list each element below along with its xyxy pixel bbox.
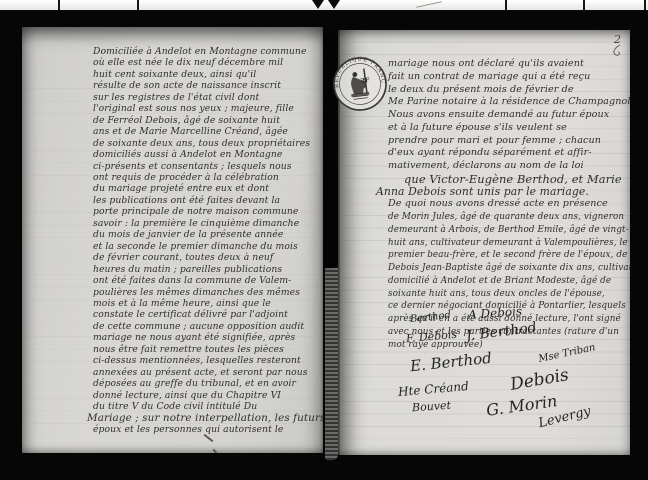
film-tick bbox=[505, 0, 507, 10]
manuscript-line: porte principale de notre maison commune bbox=[93, 206, 323, 217]
manuscript-line: ci-présents et consentants ; lesquels no… bbox=[93, 161, 323, 172]
frame-marker-arrows-icon bbox=[312, 0, 340, 9]
manuscript-line: prendre pour mari et pour femme ; chacun bbox=[388, 135, 630, 148]
left-page-text: Domiciliée à Andelot en Montagne commune… bbox=[93, 46, 323, 435]
manuscript-line: fait un contrat de mariage qui a été reç… bbox=[388, 71, 630, 84]
manuscript-line: de Ferréol Debois, âgé de soixante huit bbox=[93, 115, 323, 126]
manuscript-line: résulte de son acte de naissance inscrit bbox=[93, 80, 323, 91]
manuscript-line: mariage nous ont déclaré qu'ils avaient bbox=[388, 58, 630, 71]
microfilm-frame: Domiciliée à Andelot en Montagne commune… bbox=[0, 0, 648, 480]
film-tick bbox=[583, 0, 585, 10]
manuscript-line: domicilié à Andelot et de Briant Modeste… bbox=[388, 275, 630, 288]
manuscript-line: ans et de Marie Marcelline Créand, âgée bbox=[93, 126, 323, 137]
signature: Bouvet bbox=[412, 399, 452, 415]
manuscript-line: du mois de janvier de la présente année bbox=[93, 229, 323, 240]
manuscript-line: et la seconde le premier dimanche du moi… bbox=[93, 241, 323, 252]
manuscript-line: du mariage projeté entre eux et dont bbox=[93, 183, 323, 194]
manuscript-line: que Victor-Eugène Berthod, et Marie bbox=[404, 173, 630, 186]
manuscript-line: ci-dessus mentionnées, lesquelles rester… bbox=[93, 355, 323, 366]
manuscript-line: demeurant à Arbois, de Berthod Emile, âg… bbox=[388, 224, 630, 237]
manuscript-line: De quoi nous avons dressé acte en présen… bbox=[388, 198, 630, 211]
manuscript-line: huit cent soixante deux, ainsi qu'il bbox=[93, 69, 323, 80]
manuscript-line: et à la future épouse s'ils veulent se bbox=[388, 122, 630, 135]
manuscript-line: de cette commune ; aucune opposition aud… bbox=[93, 321, 323, 332]
manuscript-line: Mariage ; sur notre interpellation, les … bbox=[87, 413, 323, 424]
manuscript-line: mativement, déclarons au nom de la loi bbox=[388, 160, 630, 173]
manuscript-line: poulières les mêmes dimanches des mêmes bbox=[93, 287, 323, 298]
film-tick bbox=[137, 0, 139, 10]
manuscript-line: ont été faites dans la commune de Valem- bbox=[93, 275, 323, 286]
manuscript-line: heures du matin ; pareilles publications bbox=[93, 264, 323, 275]
down-arrow-icon bbox=[312, 0, 324, 9]
film-tick bbox=[58, 0, 60, 10]
manuscript-line: d'eux ayant répondu séparément et affir- bbox=[388, 147, 630, 160]
manuscript-line: constate le certificat délivré par l'adj… bbox=[93, 309, 323, 320]
manuscript-line: donné lecture, ainsi que du Chapitre VI bbox=[93, 390, 323, 401]
stamp-denomination: 2F bbox=[360, 77, 370, 85]
manuscript-line: de Morin Jules, âgé de quarante deux ans… bbox=[388, 211, 630, 224]
manuscript-line: déposées au greffe du tribunal, et en av… bbox=[93, 378, 323, 389]
manuscript-line: Anna Debois sont unis par le mariage. bbox=[376, 186, 630, 199]
manuscript-line: ont requis de procéder à la célébration bbox=[93, 172, 323, 183]
film-scratch bbox=[416, 1, 442, 7]
film-strip bbox=[0, 0, 648, 11]
manuscript-line: l'original est sous nos yeux ; majeure, … bbox=[93, 103, 323, 114]
manuscript-line: domiciliés aussi à Andelot en Montagne bbox=[93, 149, 323, 160]
manuscript-line: Nous avons ensuite demandé au futur épou… bbox=[388, 109, 630, 122]
register-left-page: Domiciliée à Andelot en Montagne commune… bbox=[22, 27, 323, 453]
manuscript-line: huit ans, cultivateur demeurant à Valemp… bbox=[388, 237, 630, 250]
down-arrow-icon bbox=[328, 0, 340, 9]
manuscript-line: du titre V du Code civil intitulé Du bbox=[93, 401, 323, 412]
manuscript-line: mois et à la même heure, ainsi que le bbox=[93, 298, 323, 309]
manuscript-line: premier beau-frère, et le second frère d… bbox=[388, 249, 630, 262]
manuscript-line: sur les registres de l'état civil dont bbox=[93, 92, 323, 103]
manuscript-line: savoir : la première le cinquième dimanc… bbox=[93, 218, 323, 229]
manuscript-line: le deux du présent mois de février de bbox=[388, 84, 630, 97]
manuscript-line: Me Parine notaire à la résidence de Cham… bbox=[388, 96, 630, 109]
manuscript-line: Debois Jean-Baptiste âgé de soixante dix… bbox=[388, 262, 630, 275]
republique-francaise-stamp: RÉPUBLIQUE FRANÇAISE 2F bbox=[328, 52, 393, 117]
manuscript-line: annexées au présent acte, et seront par … bbox=[93, 367, 323, 378]
manuscript-line: les publications ont été faites devant l… bbox=[93, 195, 323, 206]
stacked-page-edges bbox=[325, 268, 338, 460]
manuscript-line: de février courant, toutes deux à neuf bbox=[93, 252, 323, 263]
film-tick bbox=[644, 0, 646, 10]
manuscript-line: mariage ne nous ayant été signifiée, apr… bbox=[93, 332, 323, 343]
manuscript-line: soixante huit ans, tous deux oncles de l… bbox=[388, 288, 630, 301]
manuscript-line: nous être fait remettre toutes les pièce… bbox=[93, 344, 323, 355]
manuscript-line: époux et les personnes qui autorisent le bbox=[93, 424, 323, 435]
manuscript-line: Domiciliée à Andelot en Montagne commune bbox=[93, 46, 323, 57]
manuscript-line: de soixante deux ans, tous deux propriét… bbox=[93, 138, 323, 149]
manuscript-line: où elle est née le dix neuf décembre mil bbox=[93, 57, 323, 68]
